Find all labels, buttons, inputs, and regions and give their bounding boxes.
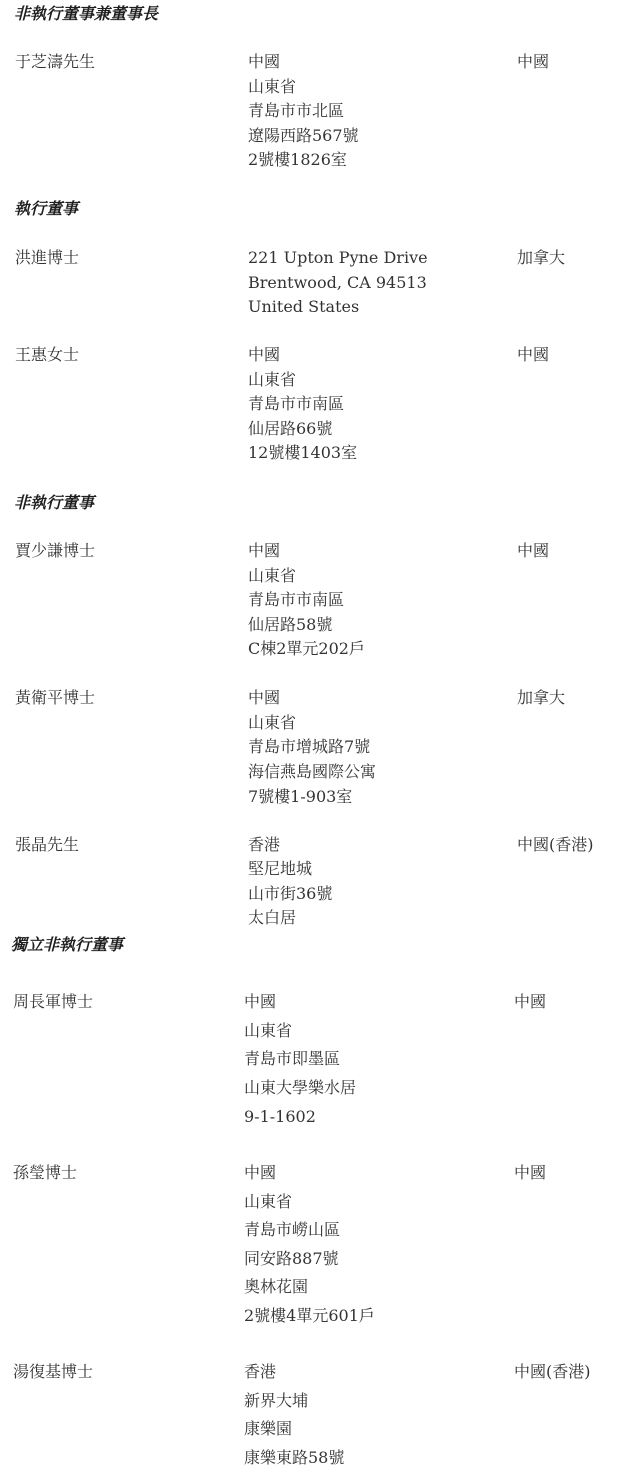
address-line: 中國: [248, 345, 280, 365]
section-heading: 獨立非執行董事: [11, 935, 123, 955]
address-line: 香港: [244, 1362, 276, 1382]
director-name: 孫瑩博士: [13, 1163, 77, 1183]
director-name: 王惠女士: [15, 345, 79, 365]
section-heading: 非執行董事: [14, 493, 94, 513]
address-line: 12號樓1403室: [248, 443, 357, 463]
director-name: 于芝濤先生: [15, 52, 95, 72]
address-line: 山東大學樂水居: [244, 1078, 356, 1098]
address-line: 康樂東路58號: [244, 1448, 344, 1468]
address-line: 山市街36號: [248, 884, 332, 904]
address-line: 中國: [248, 541, 280, 561]
director-name: 周長軍博士: [13, 992, 93, 1012]
address-line: 山東省: [244, 1192, 292, 1212]
director-nationality: 中國: [514, 992, 546, 1012]
address-line: 太白居: [248, 908, 296, 928]
address-line: 青島市市南區: [248, 590, 344, 610]
address-line: 仙居路66號: [248, 419, 332, 439]
address-line: 山東省: [248, 566, 296, 586]
director-nationality: 中國(香港): [517, 835, 594, 855]
address-line: 山東省: [248, 370, 296, 390]
address-line: 2號樓4單元601戶: [244, 1306, 375, 1326]
address-line: 2號樓1826室: [248, 150, 347, 170]
address-line: 香港: [248, 835, 280, 855]
address-line: 海信燕島國際公寓: [248, 762, 376, 782]
address-line: 青島市增城路7號: [248, 737, 370, 757]
director-nationality: 加拿大: [517, 688, 565, 708]
director-name: 湯復基博士: [13, 1362, 93, 1382]
address-line: 青島市市南區: [248, 394, 344, 414]
director-name: 張晶先生: [15, 835, 79, 855]
address-line: 堅尼地城: [248, 859, 312, 879]
address-line: Brentwood, CA 94513: [248, 273, 427, 293]
director-nationality: 中國: [517, 541, 549, 561]
director-name: 賈少謙博士: [15, 541, 95, 561]
address-line: 仙居路58號: [248, 615, 332, 635]
address-line: 中國: [248, 688, 280, 708]
director-nationality: 中國: [517, 52, 549, 72]
address-line: 山東省: [248, 77, 296, 97]
address-line: C棟2單元202戶: [248, 639, 365, 659]
section-heading: 非執行董事兼董事長: [14, 4, 158, 24]
address-line: 康樂園: [244, 1419, 292, 1439]
address-line: 中國: [244, 992, 276, 1012]
address-line: 新界大埔: [244, 1391, 308, 1411]
address-line: 青島市市北區: [248, 101, 344, 121]
address-line: 9-1-1602: [244, 1107, 316, 1127]
director-name: 黃衛平博士: [15, 688, 95, 708]
director-nationality: 中國(香港): [514, 1362, 591, 1382]
address-line: 221 Upton Pyne Drive: [248, 248, 428, 268]
director-name: 洪進博士: [15, 248, 79, 268]
address-line: 中國: [244, 1163, 276, 1183]
address-line: 中國: [248, 52, 280, 72]
address-line: United States: [248, 297, 359, 317]
address-line: 遼陽西路567號: [248, 126, 359, 146]
address-line: 山東省: [248, 713, 296, 733]
address-line: 同安路887號: [244, 1249, 339, 1269]
director-nationality: 加拿大: [517, 248, 565, 268]
address-line: 山東省: [244, 1021, 292, 1041]
address-line: 奧林花園: [244, 1277, 308, 1297]
director-nationality: 中國: [514, 1163, 546, 1183]
section-heading: 執行董事: [14, 199, 78, 219]
address-line: 7號樓1-903室: [248, 787, 352, 807]
address-line: 青島市即墨區: [244, 1049, 340, 1069]
director-nationality: 中國: [517, 345, 549, 365]
address-line: 青島市嶗山區: [244, 1220, 340, 1240]
